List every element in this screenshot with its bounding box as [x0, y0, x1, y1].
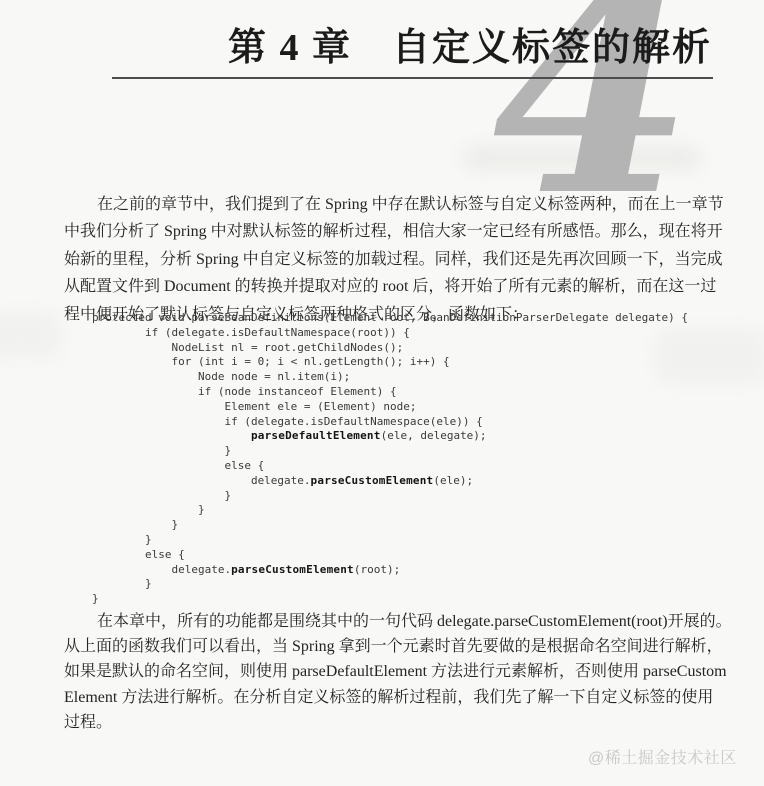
- code-line: parseDefaultElement(ele, delegate);: [92, 429, 688, 444]
- book-page: 4 第 4 章 自定义标签的解析 在之前的章节中，我们提到了在 Spring 中…: [0, 0, 764, 786]
- community-watermark: @稀土掘金技术社区: [588, 745, 737, 768]
- bleed-through-smudge: [0, 312, 62, 358]
- code-line: if (delegate.isDefaultNamespace(root)) {: [92, 326, 688, 341]
- code-line: protected void parseBeanDefinitions(Elem…: [92, 311, 688, 326]
- chapter-heading: 第 4 章 自定义标签的解析: [228, 24, 712, 72]
- code-line: }: [92, 592, 688, 607]
- code-line: }: [92, 444, 688, 459]
- code-line: else {: [92, 459, 688, 474]
- paragraph-line: 如果是默认的命名空间，则使用 parseDefaultElement 方法进行元…: [64, 659, 732, 684]
- paragraph-line: 从上面的函数我们可以看出，当 Spring 拿到一个元素时首先要做的是根据命名空…: [64, 634, 732, 659]
- heading-rule: [112, 77, 713, 79]
- closing-paragraph: 在本章中，所有的功能都是围绕其中的一句代码 delegate.parseCust…: [64, 609, 732, 735]
- intro-paragraph: 在之前的章节中，我们提到了在 Spring 中存在默认标签与自定义标签两种，而在…: [64, 191, 724, 328]
- code-bold-token: parseCustomElement: [231, 563, 354, 576]
- code-line: Element ele = (Element) node;: [92, 400, 688, 415]
- code-line: for (int i = 0; i < nl.getLength(); i++)…: [92, 355, 688, 370]
- paragraph-line: 在之前的章节中，我们提到了在 Spring 中存在默认标签与自定义标签两种，而在…: [64, 191, 724, 218]
- paragraph-line: 从配置文件到 Document 的转换并提取对应的 root 后，将开始了所有元…: [64, 273, 724, 300]
- code-line: delegate.parseCustomElement(root);: [92, 563, 688, 578]
- paragraph-line: 在本章中，所有的功能都是围绕其中的一句代码 delegate.parseCust…: [64, 609, 732, 634]
- code-line: Node node = nl.item(i);: [92, 370, 688, 385]
- paragraph-line: 过程。: [64, 710, 732, 735]
- paragraph-line: Element 方法进行解析。在分析自定义标签的解析过程前，我们先了解一下自定义…: [64, 685, 732, 710]
- paragraph-line: 中我们分析了 Spring 中对默认标签的解析过程，相信大家一定已经有所感悟。那…: [64, 218, 724, 245]
- code-line: if (node instanceof Element) {: [92, 385, 688, 400]
- code-block: protected void parseBeanDefinitions(Elem…: [92, 311, 688, 607]
- code-line: }: [92, 518, 688, 533]
- code-line: NodeList nl = root.getChildNodes();: [92, 341, 688, 356]
- code-line: }: [92, 577, 688, 592]
- chapter-title: 自定义标签的解析: [392, 24, 712, 72]
- code-line: }: [92, 489, 688, 504]
- code-line: else {: [92, 548, 688, 563]
- paragraph-line: 始新的里程，分析 Spring 中自定义标签的加载过程。同样，我们还是先再次回顾…: [64, 246, 724, 273]
- code-line: }: [92, 533, 688, 548]
- code-line: delegate.parseCustomElement(ele);: [92, 474, 688, 489]
- code-line: if (delegate.isDefaultNamespace(ele)) {: [92, 415, 688, 430]
- code-bold-token: parseCustomElement: [311, 474, 434, 487]
- code-line: }: [92, 503, 688, 518]
- code-bold-token: parseDefaultElement: [251, 429, 381, 442]
- chapter-label: 第 4 章: [228, 24, 352, 72]
